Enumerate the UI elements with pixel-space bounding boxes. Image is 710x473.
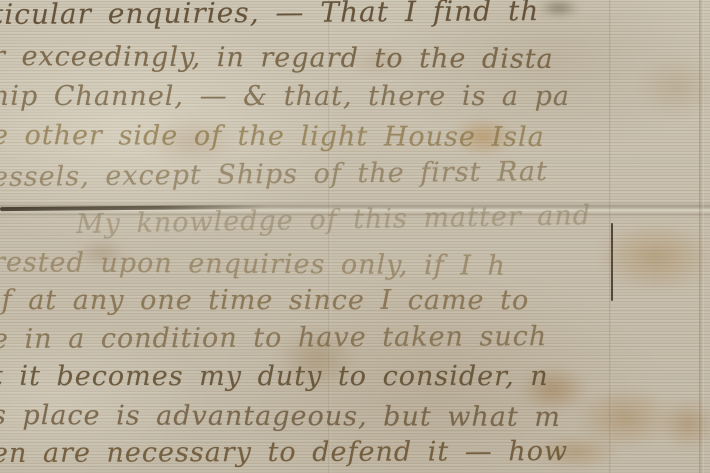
manuscript-line: t it becomes my duty to consider, n bbox=[0, 361, 549, 392]
manuscript-line: s place is advantageous, but what m bbox=[0, 400, 561, 433]
manuscript-line: hip Channel, — & that, there is a pa bbox=[0, 81, 570, 112]
manuscript-line: e other side of the light House Isla bbox=[0, 120, 545, 153]
manuscript-line: en are necessary to defend it — how bbox=[0, 436, 568, 469]
manuscript-line: e in a condition to have taken such bbox=[0, 321, 547, 355]
manuscript-line: essels, except Ships of the first Rat bbox=[0, 156, 548, 193]
manuscript-line: My knowledge of this matter and bbox=[76, 200, 592, 240]
manuscript-line: ticular enquiries, — That I find th bbox=[0, 0, 539, 31]
manuscript-line: r exceedingly, in regard to the dista bbox=[0, 41, 554, 75]
manuscript-line: lf at any one time since I came to bbox=[0, 285, 529, 316]
handwritten-text-layer: ticular enquiries, — That I find th r ex… bbox=[0, 0, 710, 473]
manuscript-photo: ticular enquiries, — That I find th r ex… bbox=[0, 0, 710, 473]
manuscript-line: rested upon enquiries only, if I h bbox=[0, 247, 506, 282]
